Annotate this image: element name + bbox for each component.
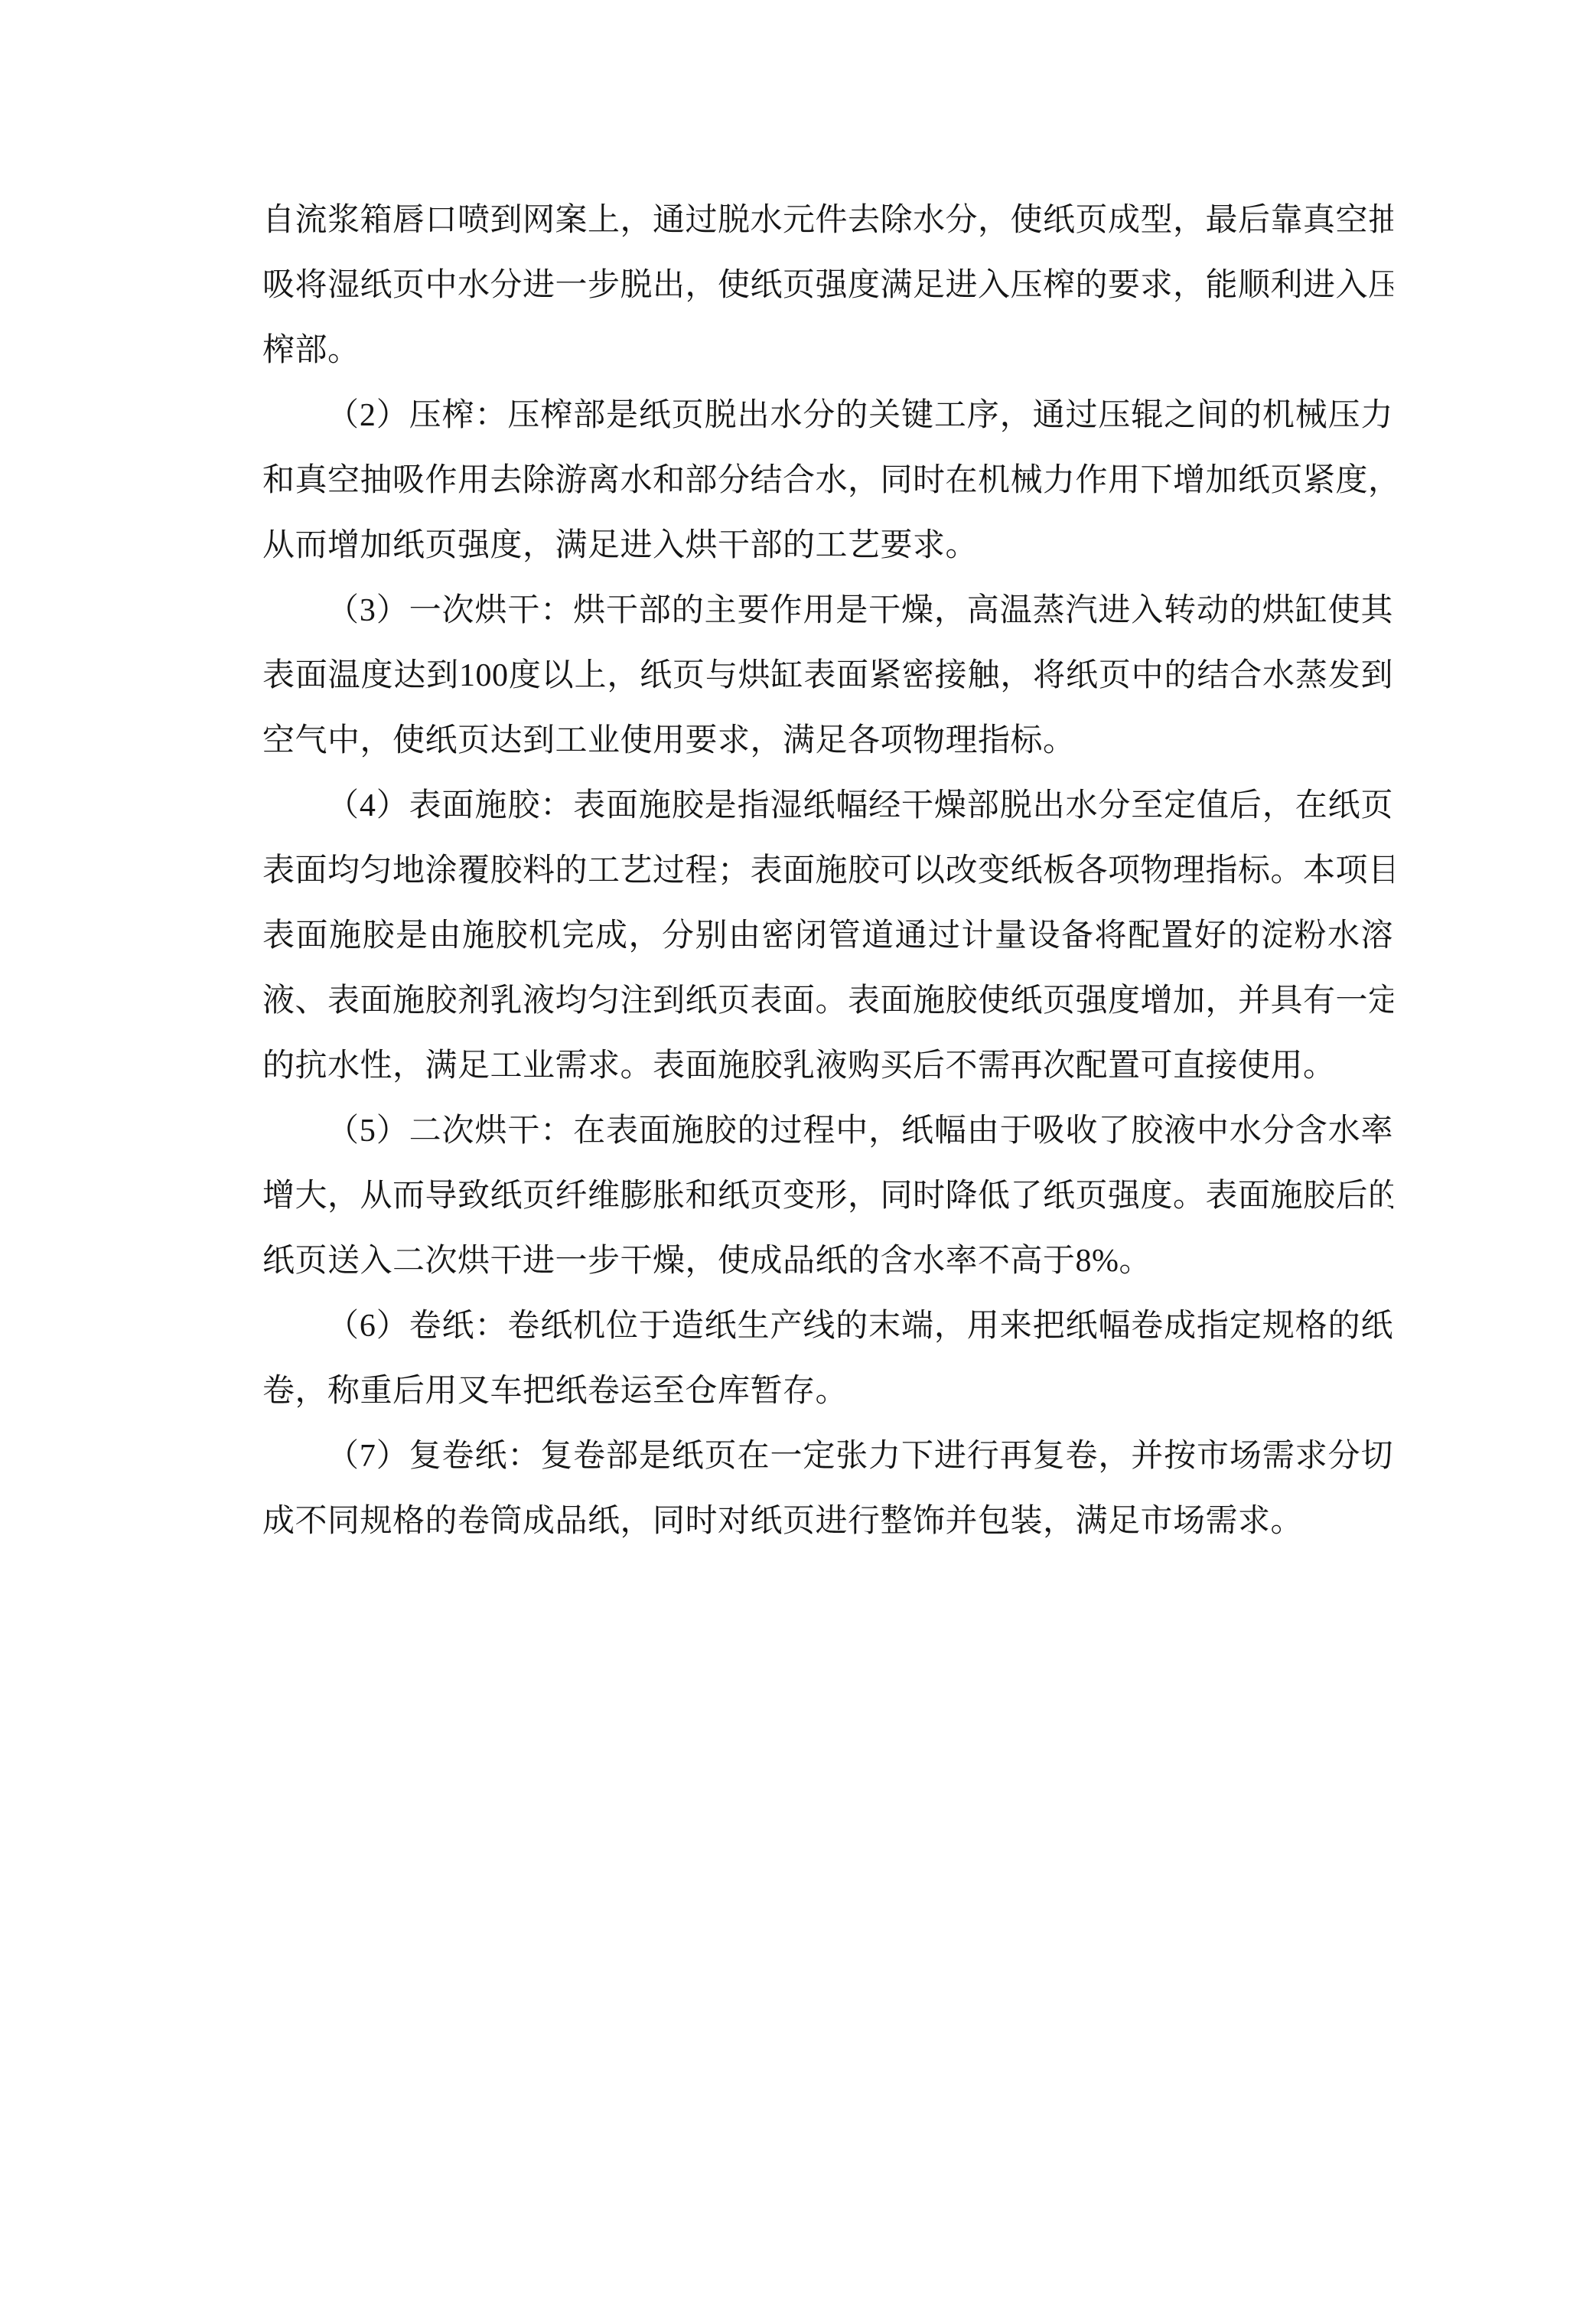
text-line: （3）一次烘干：烘干部的主要作用是干燥，高温蒸汽进入转动的烘缸使其 (262, 579, 1393, 644)
document-page: 自流浆箱唇口喷到网案上，通过脱水元件去除水分，使纸页成型，最后靠真空抽吸将湿纸页… (0, 0, 1596, 2321)
text-line: 的抗水性，满足工业需求。表面施胶乳液购买后不需再次配置可直接使用。 (262, 1034, 1393, 1099)
text-line: 增大，从而导致纸页纤维膨胀和纸页变形，同时降低了纸页强度。表面施胶后的 (262, 1164, 1393, 1229)
paragraph: 自流浆箱唇口喷到网案上，通过脱水元件去除水分，使纸页成型，最后靠真空抽吸将湿纸页… (262, 188, 1393, 383)
text-line: 液、表面施胶剂乳液均匀注到纸页表面。表面施胶使纸页强度增加，并具有一定 (262, 969, 1393, 1034)
paragraph: （5）二次烘干：在表面施胶的过程中，纸幅由于吸收了胶液中水分含水率增大，从而导致… (262, 1099, 1393, 1294)
text-line: 表面均匀地涂覆胶料的工艺过程；表面施胶可以改变纸板各项物理指标。本项目 (262, 839, 1393, 904)
text-line: 榨部。 (262, 318, 1393, 383)
text-line: 成不同规格的卷筒成品纸，同时对纸页进行整饰并包装，满足市场需求。 (262, 1489, 1393, 1554)
paragraph: （2）压榨：压榨部是纸页脱出水分的关键工序，通过压辊之间的机械压力和真空抽吸作用… (262, 383, 1393, 579)
text-line: 自流浆箱唇口喷到网案上，通过脱水元件去除水分，使纸页成型，最后靠真空抽 (262, 188, 1393, 253)
text-line: 纸页送入二次烘干进一步干燥，使成品纸的含水率不高于8%。 (262, 1229, 1393, 1294)
paragraph: （3）一次烘干：烘干部的主要作用是干燥，高温蒸汽进入转动的烘缸使其表面温度达到1… (262, 579, 1393, 774)
text-line: （7）复卷纸：复卷部是纸页在一定张力下进行再复卷，并按市场需求分切 (262, 1424, 1393, 1489)
text-line: （4）表面施胶：表面施胶是指湿纸幅经干燥部脱出水分至定值后，在纸页 (262, 774, 1393, 839)
paragraph: （7）复卷纸：复卷部是纸页在一定张力下进行再复卷，并按市场需求分切成不同规格的卷… (262, 1424, 1393, 1554)
text-line: 吸将湿纸页中水分进一步脱出，使纸页强度满足进入压榨的要求，能顺利进入压 (262, 253, 1393, 318)
text-line: 和真空抽吸作用去除游离水和部分结合水，同时在机械力作用下增加纸页紧度， (262, 448, 1393, 513)
document-text-block: 自流浆箱唇口喷到网案上，通过脱水元件去除水分，使纸页成型，最后靠真空抽吸将湿纸页… (262, 188, 1393, 1554)
text-line: 空气中，使纸页达到工业使用要求，满足各项物理指标。 (262, 709, 1393, 774)
text-line: （6）卷纸：卷纸机位于造纸生产线的末端，用来把纸幅卷成指定规格的纸 (262, 1294, 1393, 1359)
text-line: （5）二次烘干：在表面施胶的过程中，纸幅由于吸收了胶液中水分含水率 (262, 1099, 1393, 1164)
text-line: 表面温度达到100度以上，纸页与烘缸表面紧密接触，将纸页中的结合水蒸发到 (262, 644, 1393, 709)
paragraph: （6）卷纸：卷纸机位于造纸生产线的末端，用来把纸幅卷成指定规格的纸卷，称重后用叉… (262, 1294, 1393, 1424)
text-line: 从而增加纸页强度，满足进入烘干部的工艺要求。 (262, 513, 1393, 579)
text-line: （2）压榨：压榨部是纸页脱出水分的关键工序，通过压辊之间的机械压力 (262, 383, 1393, 448)
paragraph: （4）表面施胶：表面施胶是指湿纸幅经干燥部脱出水分至定值后，在纸页表面均匀地涂覆… (262, 774, 1393, 1099)
text-line: 卷，称重后用叉车把纸卷运至仓库暂存。 (262, 1359, 1393, 1424)
text-line: 表面施胶是由施胶机完成，分别由密闭管道通过计量设备将配置好的淀粉水溶 (262, 904, 1393, 969)
